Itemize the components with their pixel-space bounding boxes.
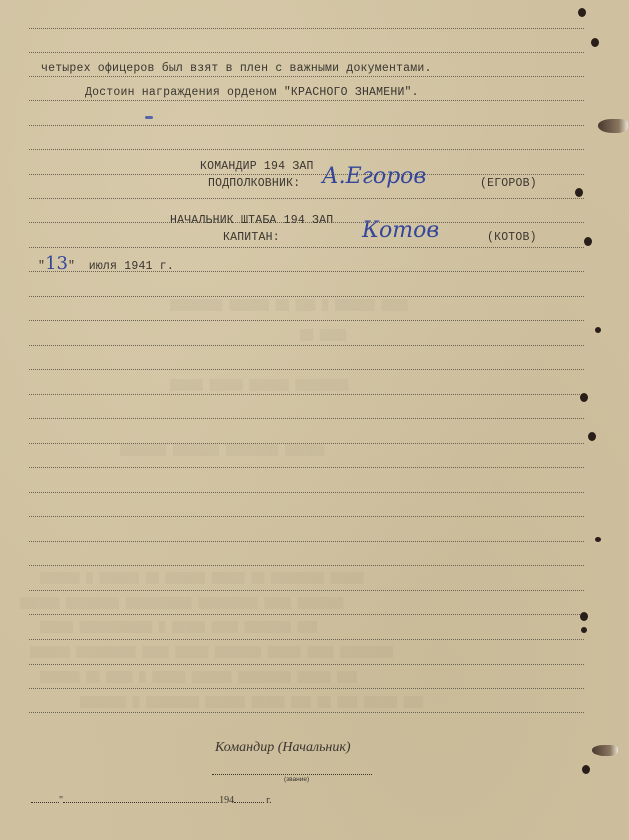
date-close-quote: " [68, 260, 75, 273]
date-day-handwritten: 13 [45, 253, 68, 274]
bleed-through-text: ▒▒▒ ▒▒▒▒▒ ▒▒▒▒▒▒▒▒ ▒▒▒▒▒▒ ▒▒▒▒▒ ▒ ▒▒▒▒ ▒… [40, 672, 357, 684]
commander-title: КОМАНДИР 194 ЗАП [200, 160, 314, 173]
rule-line [29, 52, 584, 53]
footer-date-template: "194г. [31, 795, 272, 806]
rule-line [29, 247, 584, 248]
rule-line [29, 100, 584, 101]
commander-rank: ПОДПОЛКОВНИК: [208, 177, 300, 190]
rule-line [29, 369, 584, 370]
bleed-through-text: ▒▒▒ ▒▒▒▒▒ ▒▒▒ ▒▒ ▒▒▒ ▒▒▒▒▒ ▒▒▒▒▒▒ ▒▒▒▒▒▒… [80, 697, 423, 709]
rule-line [29, 614, 584, 615]
footer-year-prefix: 194 [219, 795, 234, 806]
rule-line [29, 565, 584, 566]
rule-line [29, 688, 584, 689]
rule-line [29, 664, 584, 665]
rule-line [29, 541, 584, 542]
rule-line [29, 198, 584, 199]
rule-line [29, 76, 584, 77]
rank-line [212, 774, 372, 775]
rule-line [29, 418, 584, 419]
chief-of-staff-rank: КАПИТАН: [223, 231, 280, 244]
rule-line [29, 174, 584, 175]
rank-caption: (звание) [284, 776, 309, 783]
footer-year-suffix: г. [266, 795, 271, 806]
chief-of-staff-title: НАЧАЛЬНИК ШТАБА 194 ЗАП [170, 214, 333, 227]
body-line-2: Достоин награждения орденом "КРАСНОГО ЗН… [85, 86, 419, 99]
binding-hole [595, 537, 601, 542]
bleed-through-text: ▒▒▒▒▒▒▒▒ ▒▒▒▒▒▒ ▒▒▒▒▒ ▒▒▒▒▒ [170, 380, 348, 392]
bleed-through-text: ▒▒▒▒▒ ▒▒▒▒▒▒▒▒ ▒▒ ▒▒▒▒▒ ▒▒▒▒▒▒ ▒▒ ▒▒▒▒▒▒… [40, 573, 363, 585]
bleed-through-text: ▒▒▒▒ ▒▒ [300, 330, 346, 342]
binding-hole [575, 188, 583, 197]
commander-signature: А.Егоров [322, 164, 426, 189]
rule-line [29, 467, 584, 468]
document-date: "13" июля 1941 г. [38, 253, 174, 274]
day-blank [31, 802, 59, 803]
rule-line [29, 712, 584, 713]
paper-tear [598, 119, 628, 133]
binding-hole [595, 327, 601, 333]
ink-mark [145, 116, 153, 119]
chief-of-staff-signature: Котов [362, 218, 439, 243]
rule-line [29, 149, 584, 150]
binding-hole [580, 612, 588, 621]
binding-hole [584, 237, 592, 246]
binding-hole [578, 8, 586, 17]
bleed-through-text: ▒▒▒▒ ▒▒▒▒▒▒ ▒ ▒▒▒ ▒▒ ▒▒▒▒▒▒ ▒▒▒▒▒▒▒▒ [170, 300, 408, 312]
binding-hole [580, 393, 588, 402]
rule-line [29, 125, 584, 126]
binding-hole [591, 38, 599, 47]
body-line-1: четырех офицеров был взят в плен с важны… [41, 62, 432, 75]
rule-line [29, 345, 584, 346]
month-blank [63, 802, 219, 803]
year-blank [234, 802, 264, 803]
paper-tear [592, 745, 618, 756]
bleed-through-text: ▒▒▒▒▒▒ ▒▒▒▒▒▒▒▒ ▒▒▒▒▒▒▒ ▒▒▒▒▒▒▒ [120, 445, 325, 457]
rule-line [29, 394, 584, 395]
commander-name: (ЕГОРОВ) [480, 177, 537, 190]
rule-line [29, 296, 584, 297]
date-rest: июля 1941 г. [89, 260, 174, 273]
rule-line [29, 443, 584, 444]
footer-heading: Командир (Начальник) [215, 740, 351, 756]
binding-hole [581, 627, 587, 633]
bleed-through-text: ▒▒▒ ▒▒▒▒▒▒▒ ▒▒▒▒ ▒▒▒▒▒ ▒ ▒▒▒▒▒▒▒▒▒▒▒ ▒▒▒… [40, 622, 317, 634]
binding-hole [588, 432, 596, 441]
rule-line [29, 492, 584, 493]
rule-line [29, 28, 584, 29]
rule-line [29, 320, 584, 321]
binding-hole [582, 765, 590, 774]
bleed-through-text: ▒▒▒▒▒▒▒ ▒▒▒▒ ▒▒▒▒▒▒▒▒▒ ▒▒▒▒▒▒▒▒▒▒ ▒▒▒▒▒▒… [20, 598, 343, 610]
footer-date-quote: " [59, 795, 63, 806]
rule-line [29, 639, 584, 640]
rule-line [29, 590, 584, 591]
bleed-through-text: ▒▒▒▒▒▒▒▒ ▒▒▒▒ ▒▒▒▒▒ ▒▒▒▒▒▒▒ ▒▒▒▒▒ ▒▒▒▒ ▒… [30, 647, 393, 659]
paper-sheet: ▒▒▒▒ ▒▒▒▒▒▒ ▒ ▒▒▒ ▒▒ ▒▒▒▒▒▒ ▒▒▒▒▒▒▒▒ ▒▒▒… [0, 0, 629, 840]
rule-line [29, 516, 584, 517]
chief-of-staff-name: (КОТОВ) [487, 231, 537, 244]
